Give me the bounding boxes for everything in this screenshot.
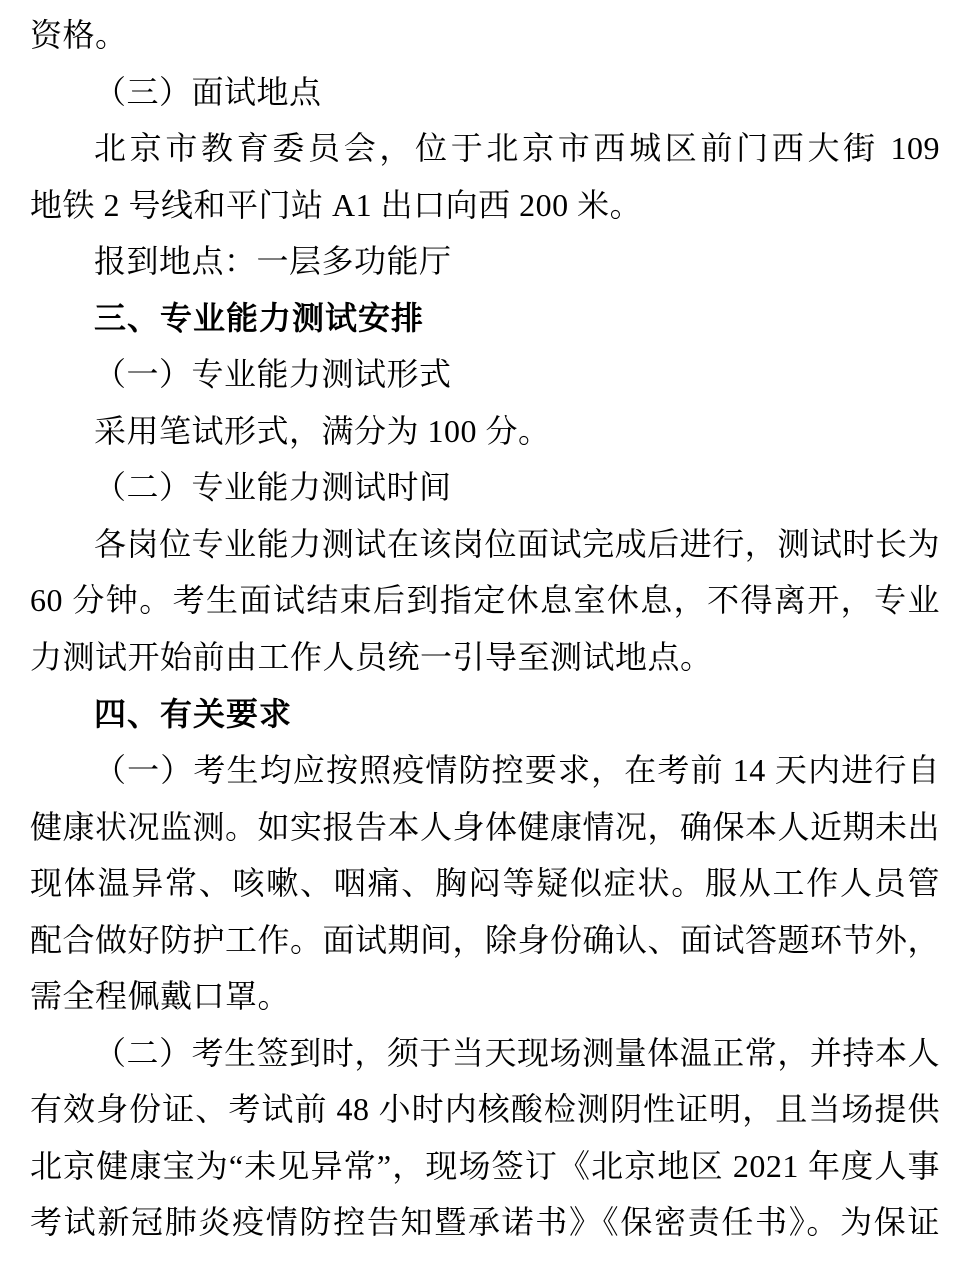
text-line: 健康状况监测。如实报告本人身体健康情况，确保本人近期未出 (30, 799, 940, 856)
text-line: 北京市教育委员会，位于北京市西城区前门西大街 109 号， (30, 120, 940, 177)
subsection-heading: （三）面试地点 (30, 64, 940, 121)
text-line: 报到地点：一层多功能厅 (30, 233, 940, 290)
text-line: 需全程佩戴口罩。 (30, 968, 940, 1025)
subsection-heading: （二）专业能力测试时间 (30, 459, 940, 516)
document-page: 资格。 （三）面试地点 北京市教育委员会，位于北京市西城区前门西大街 109 号… (0, 0, 974, 1261)
text-line: 采用笔试形式，满分为 100 分。 (30, 403, 940, 460)
text-line: 各岗位专业能力测试在该岗位面试完成后进行，测试时长为 (30, 516, 940, 573)
section-heading: 三、专业能力测试安排 (30, 290, 940, 347)
text-line: 60 分钟。考生面试结束后到指定休息室休息，不得离开，专业能 (30, 572, 940, 629)
text-line: （二）考生签到时，须于当天现场测量体温正常，并持本人 (30, 1025, 940, 1082)
text-line: 资格。 (30, 7, 940, 64)
text-line: 考试新冠肺炎疫情防控告知暨承诺书》《保密责任书》。为保证 (30, 1194, 940, 1251)
text-line: 配合做好防护工作。面试期间，除身份确认、面试答题环节外， (30, 912, 940, 969)
text-line: 力测试开始前由工作人员统一引导至测试地点。 (30, 629, 940, 686)
text-line: 北京健康宝为“未见异常”，现场签订《北京地区 2021 年度人事 (30, 1138, 940, 1195)
text-line: （一）考生均应按照疫情防控要求，在考前 14 天内进行自身 (30, 742, 940, 799)
subsection-heading: （一）专业能力测试形式 (30, 346, 940, 403)
text-line: 有效身份证、考试前 48 小时内核酸检测阴性证明，且当场提供的 (30, 1081, 940, 1138)
section-heading: 四、有关要求 (30, 686, 940, 743)
text-line: 现体温异常、咳嗽、咽痛、胸闷等疑似症状。服从工作人员管理， (30, 855, 940, 912)
text-line: 地铁 2 号线和平门站 A1 出口向西 200 米。 (30, 177, 940, 234)
